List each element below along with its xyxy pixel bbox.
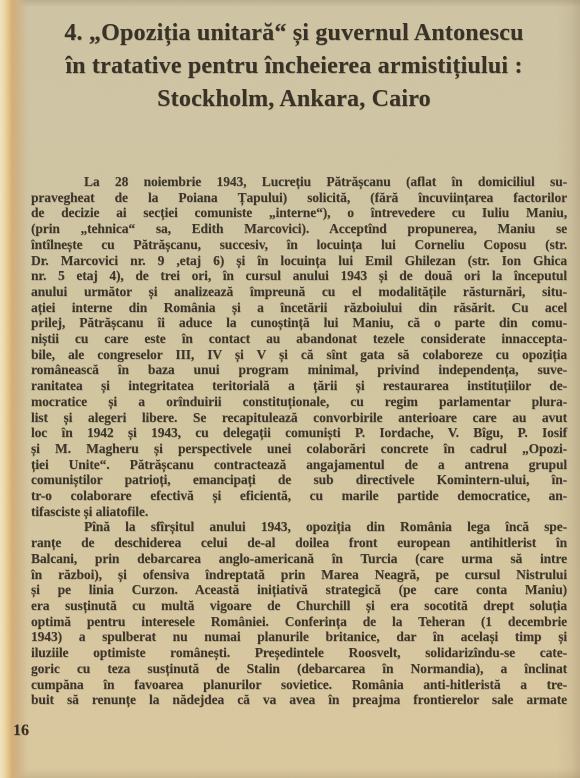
text-line: buit să renunțe la nădejdea că va avea î… <box>31 692 567 708</box>
text-line: Pînă la sfîrșitul anului 1943, opoziția … <box>31 519 567 535</box>
text-line: goric cu teza susținută de Stalin (debar… <box>31 661 567 677</box>
text-line: tr-o colaborare efectivă și eficientă, c… <box>31 488 567 504</box>
text-line: nr. 5 etaj 4), de trei ori, în cursul an… <box>31 268 567 284</box>
text-line: era susținută cu multă vigoare de Church… <box>31 598 567 614</box>
text-line: ranțe de deschiderea celui de-al doilea … <box>31 535 567 551</box>
text-line: comuniștilor patrioți, emancipați de sub… <box>31 472 567 488</box>
text-line: loc în 1942 și 1943, cu delegații comuni… <box>31 425 567 441</box>
text-line: iluziile optimiste românești. Președinte… <box>31 645 567 661</box>
text-line: românească în baza unui program minimal,… <box>31 362 567 378</box>
heading-line: 4. „Opoziția unitară“ și guvernul Antone… <box>22 17 566 50</box>
book-page: 4. „Opoziția unitară“ și guvernul Antone… <box>0 0 580 778</box>
text-line: tifasciste și aliatofile. <box>31 504 567 520</box>
text-line: ranitatea și integritatea teritorială a … <box>31 378 567 394</box>
text-line: prilej, Pătrășcanu îi aduce la cunoștinț… <box>31 315 567 331</box>
page-number: 16 <box>13 722 29 740</box>
text-line: de decizie ai secției comuniste „interne… <box>31 205 567 221</box>
text-line: Balcani, prin debarcarea anglo-americană… <box>31 551 567 567</box>
text-line: ției Unite“. Pătrășcanu contractează ang… <box>31 457 567 473</box>
text-line: (prin „tehnica“ sa, Edith Marcovici). Ac… <box>31 221 567 237</box>
text-line: optimă pentru interesele României. Confe… <box>31 614 567 630</box>
text-line: ației interne din România și a încetării… <box>31 300 567 316</box>
text-line: 1943) a spulberat nu numai planurile bri… <box>31 629 567 645</box>
text-line: și pe linia Curzon. Această inițiativă s… <box>31 582 567 598</box>
text-line: niștii cu care este în contact au abando… <box>31 331 567 347</box>
text-line: anului următor și analizează împreună cu… <box>31 284 567 300</box>
paragraph: La 28 noiembrie 1943, Lucrețiu Pătrășcan… <box>31 174 567 519</box>
text-line: în război), și ofensiva îndreptată prin … <box>31 567 567 583</box>
text-line: mocratice și a orînduirii constituțional… <box>31 394 567 410</box>
text-line: La 28 noiembrie 1943, Lucrețiu Pătrășcan… <box>31 174 567 190</box>
text-line: bile, ale congreselor III, IV și V și că… <box>31 347 567 363</box>
paragraph: Pînă la sfîrșitul anului 1943, opoziția … <box>31 519 567 707</box>
text-line: cumpăna în favoarea planurilor sovietice… <box>31 677 567 693</box>
text-line: Dr. Marcovici nr. 9 ,etaj 6) și în locui… <box>31 253 567 269</box>
heading-line: Stockholm, Ankara, Cairo <box>22 83 566 116</box>
text-line: și M. Magheru și perspectivele unei cola… <box>31 441 567 457</box>
chapter-heading: 4. „Opoziția unitară“ și guvernul Antone… <box>22 17 566 116</box>
text-line: întîlnește cu Pătrășcanu, succesiv, în l… <box>31 237 567 253</box>
text-line: list și alegeri libere. Se recapitulează… <box>31 410 567 426</box>
text-line: pravegheat de la Poiana Țapului) solicit… <box>31 190 567 206</box>
heading-line: în tratative pentru încheierea armistiți… <box>22 50 566 83</box>
body-text: La 28 noiembrie 1943, Lucrețiu Pătrășcan… <box>31 174 567 708</box>
